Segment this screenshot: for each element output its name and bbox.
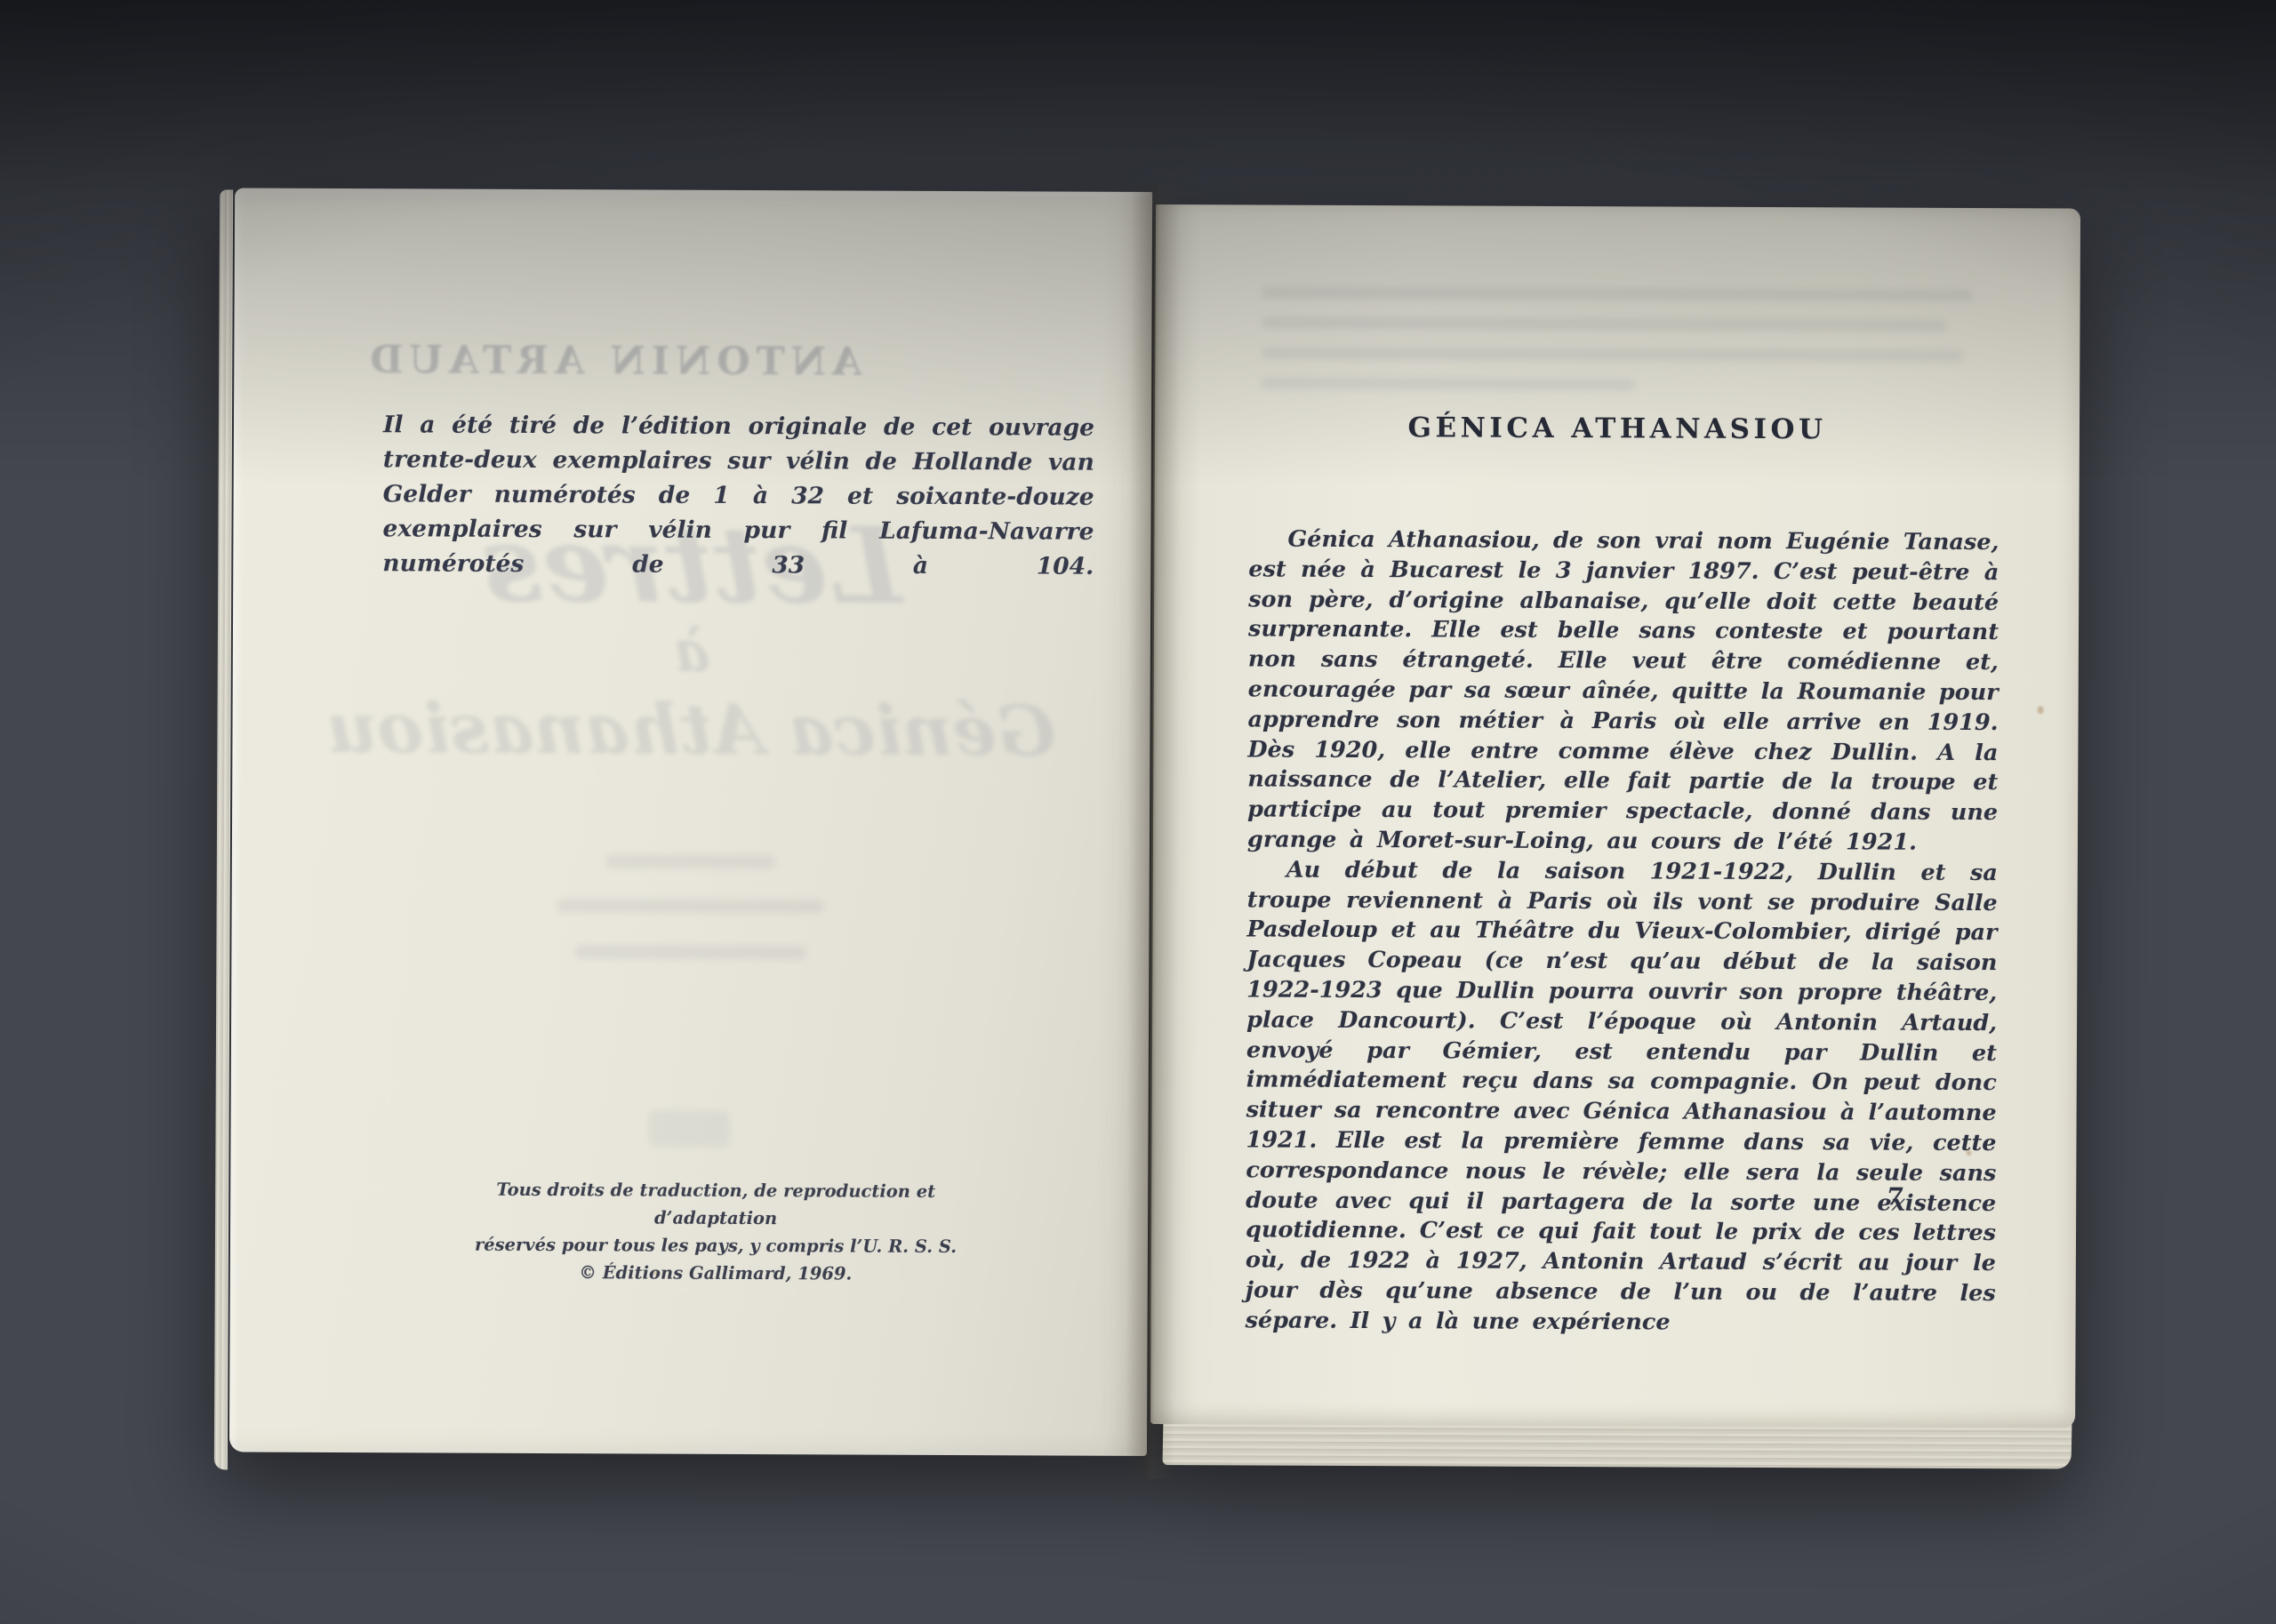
page-number: 7: [1868, 1184, 1921, 1212]
show-through-blur-line: [1262, 348, 1964, 362]
show-through-blur-line: [1262, 317, 1946, 332]
foxing-spot: [2038, 706, 2044, 714]
body-text: Génica Athanasiou, de son vrai nom Eugén…: [1246, 524, 2000, 1339]
show-through-blur-line: [557, 899, 824, 913]
show-through-ornament: [649, 1111, 729, 1147]
body-paragraph: Au début de la saison 1921-1922, Dullin …: [1246, 855, 1998, 1339]
copyright-line: © Éditions Gallimard, 1969.: [458, 1259, 974, 1289]
left-page: ANTONIN ARTAUD Il a été tiré de l’éditio…: [229, 188, 1152, 1455]
limitation-notice: Il a été tiré de l’édition originale de …: [382, 407, 1094, 583]
show-through-blur-line: [1262, 378, 1635, 391]
show-through-title-particle: à: [233, 616, 1150, 687]
photo-backdrop: ANTONIN ARTAUD Il a été tiré de l’éditio…: [0, 0, 2276, 1624]
show-through-author: ANTONIN ARTAUD: [305, 338, 920, 385]
chapter-title: GÉNICA ATHANASIOU: [1155, 411, 2080, 447]
body-paragraph: Génica Athanasiou, de son vrai nom Eugén…: [1247, 524, 2000, 858]
open-book: ANTONIN ARTAUD Il a été tiré de l’éditio…: [224, 180, 2082, 1483]
show-through-blur-line: [574, 945, 805, 959]
show-through-title-name: Génica Athanasiou: [232, 687, 1150, 772]
right-page: GÉNICA ATHANASIOU Génica Athanasiou, de …: [1150, 204, 2080, 1428]
copyright-block: Tous droits de traduction, de reproducti…: [458, 1176, 974, 1289]
show-through-blur-line: [606, 854, 775, 868]
show-through-blur-line: [1262, 287, 1974, 301]
foxing-spot: [1966, 1150, 1971, 1156]
copyright-line: Tous droits de traduction, de reproducti…: [458, 1176, 974, 1234]
copyright-line: réservés pour tous les pays, y compris l…: [458, 1231, 974, 1261]
foxing-spot: [653, 1271, 658, 1276]
